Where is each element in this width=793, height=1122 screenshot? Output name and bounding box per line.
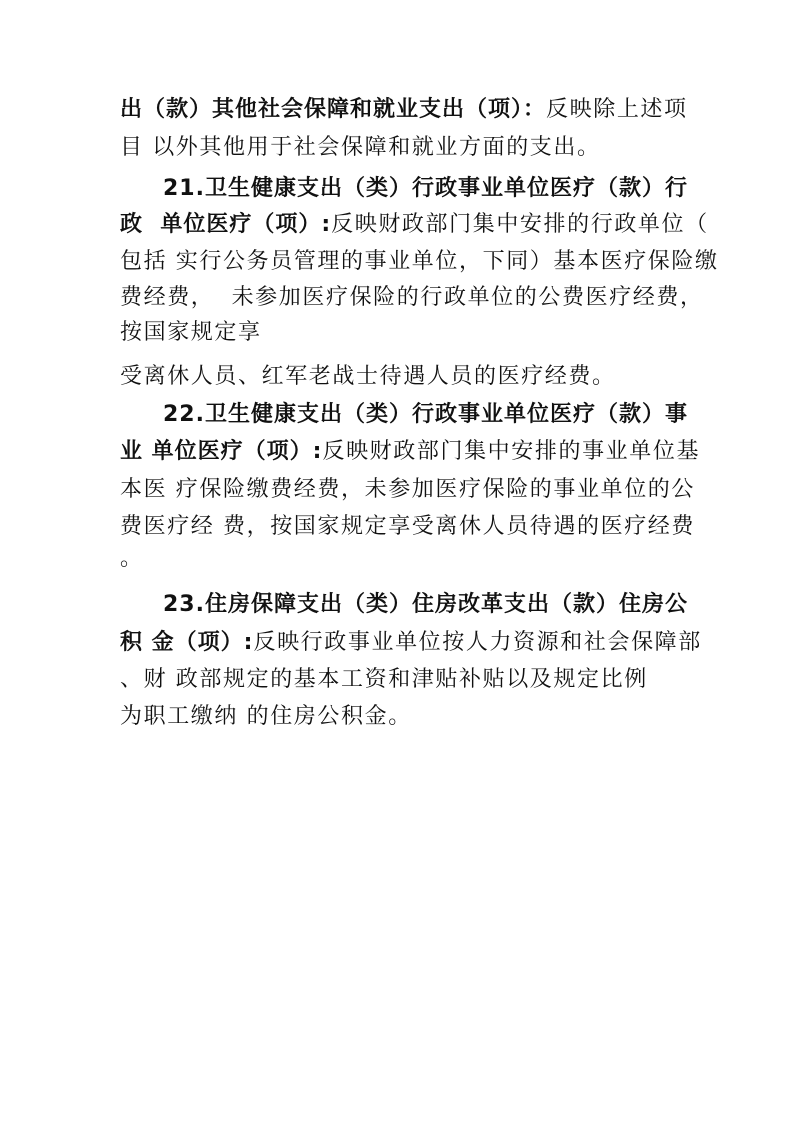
item-heading: 22.卫生健康支出（类）行政事业单位医疗（款）事 xyxy=(163,402,688,427)
item-body: 反映财政部门集中安排的行政单位（ xyxy=(331,212,709,237)
text-line: 目 以外其他用于社会保障和就业方面的支出。 xyxy=(120,135,601,161)
item-body: 反映财政部门集中安排的事业单位基 xyxy=(322,439,700,464)
text-line: 。 xyxy=(120,546,144,572)
item-heading: 23.住房保障支出（类）住房改革支出（款）住房公 xyxy=(163,592,688,617)
item-body: 受离休人员、红军老战士待遇人员的医疗经费。 xyxy=(120,364,616,389)
item-heading: 21.卫生健康支出（类）行政事业单位医疗（款）行 xyxy=(163,176,688,201)
item-body: 反映除上述项 xyxy=(546,97,688,122)
item-body: 目 以外其他用于社会保障和就业方面的支出。 xyxy=(120,135,601,160)
item-heading: 积 金（项）: xyxy=(120,630,253,655)
text-line: 受离休人员、红军老战士待遇人员的医疗经费。 xyxy=(120,364,616,390)
item-body: 费医疗经 费，按国家规定享受离休人员待遇的医疗经费 xyxy=(120,514,695,539)
text-line: 为职工缴纳 的住房公积金。 xyxy=(120,704,412,730)
text-line: 政 单位医疗（项）:反映财政部门集中安排的行政单位（ xyxy=(120,212,709,238)
item-body: 费经费， 未参加医疗保险的行政单位的公费医疗经费， xyxy=(120,285,704,310)
text-line: 费经费， 未参加医疗保险的行政单位的公费医疗经费， xyxy=(120,285,704,311)
item-body: 、财 政部规定的基本工资和津贴补贴以及规定比例 xyxy=(120,667,648,692)
item-body: 。 xyxy=(120,546,144,571)
text-line: 包括 实行公务员管理的事业单位，下同）基本医疗保险缴 xyxy=(120,249,719,275)
text-line: 本医 疗保险缴费经费，未参加医疗保险的事业单位的公 xyxy=(120,477,695,503)
item-body: 按国家规定享 xyxy=(120,320,262,345)
item-body: 反映行政事业单位按人力资源和社会保障部 xyxy=(253,630,701,655)
text-line: 积 金（项）:反映行政事业单位按人力资源和社会保障部 xyxy=(120,630,702,656)
item-body: 为职工缴纳 的住房公积金。 xyxy=(120,704,412,729)
item-heading: 政 单位医疗（项）: xyxy=(120,212,331,237)
item-body: 本医 疗保险缴费经费，未参加医疗保险的事业单位的公 xyxy=(120,477,695,502)
item-body: 包括 实行公务员管理的事业单位，下同）基本医疗保险缴 xyxy=(120,249,719,274)
text-line: 出（款）其他社会保障和就业支出（项）：反映除上述项 xyxy=(120,97,688,123)
section-21-heading: 21.卫生健康支出（类）行政事业单位医疗（款）行 xyxy=(163,176,688,202)
section-22-heading: 22.卫生健康支出（类）行政事业单位医疗（款）事 xyxy=(163,402,688,428)
item-heading: 业 单位医疗（项）: xyxy=(120,439,322,464)
text-line: 按国家规定享 xyxy=(120,320,262,346)
text-line: 费医疗经 费，按国家规定享受离休人员待遇的医疗经费 xyxy=(120,514,695,540)
text-line: 、财 政部规定的基本工资和津贴补贴以及规定比例 xyxy=(120,667,648,693)
text-line: 业 单位医疗（项）:反映财政部门集中安排的事业单位基 xyxy=(120,439,700,465)
item-heading: 出（款）其他社会保障和就业支出（项）： xyxy=(120,97,546,122)
section-23-heading: 23.住房保障支出（类）住房改革支出（款）住房公 xyxy=(163,592,688,618)
